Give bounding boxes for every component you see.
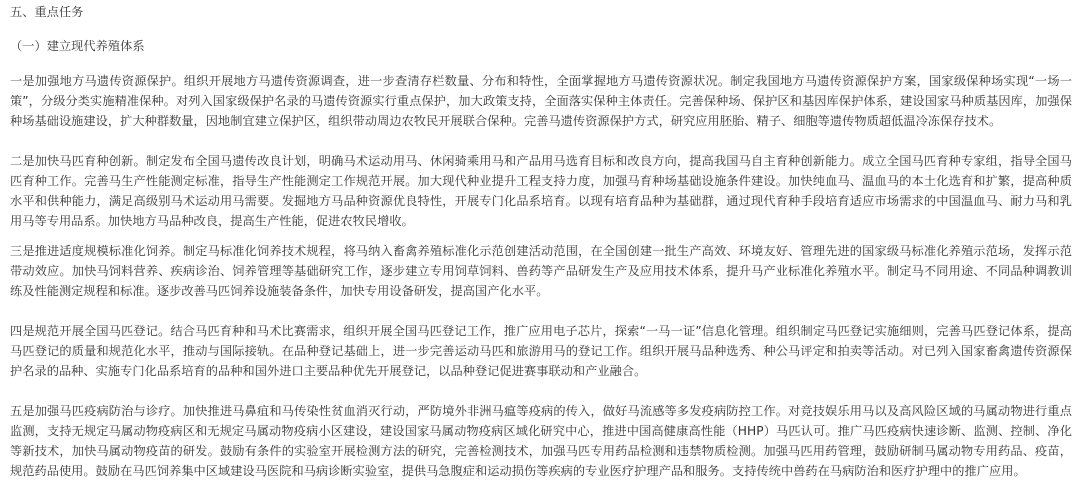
paragraph-5-disease-control: 五是加强马匹疫病防治与诊疗。加快推进马鼻疽和马传染性贫血消灭行动，严防境外非洲马… [10,401,1072,481]
paragraph-4-horse-registration: 四是规范开展全国马匹登记。结合马匹育种和马术比赛需求，组织开展全国马匹登记工作，… [10,321,1072,381]
paragraph-1-genetic-resources: 一是加强地方马遗传资源保护。组织开展地方马遗传资源调查，进一步查清存栏数量、分布… [10,71,1072,131]
subsection-title: （一）建立现代养殖体系 [10,36,145,56]
document-page: 五、重点任务 （一）建立现代养殖体系 一是加强地方马遗传资源保护。组织开展地方马… [0,0,1080,489]
paragraph-2-breeding-innovation: 二是加快马匹育种创新。制定发布全国马遗传改良计划，明确马术运动用马、休闲骑乘用马… [10,151,1072,231]
section-title: 五、重点任务 [10,2,83,22]
paragraph-3-standardized-raising: 三是推进适度规模标准化饲养。制定马标准化饲养技术规程，将马纳入畜禽养殖标准化示范… [10,241,1072,301]
